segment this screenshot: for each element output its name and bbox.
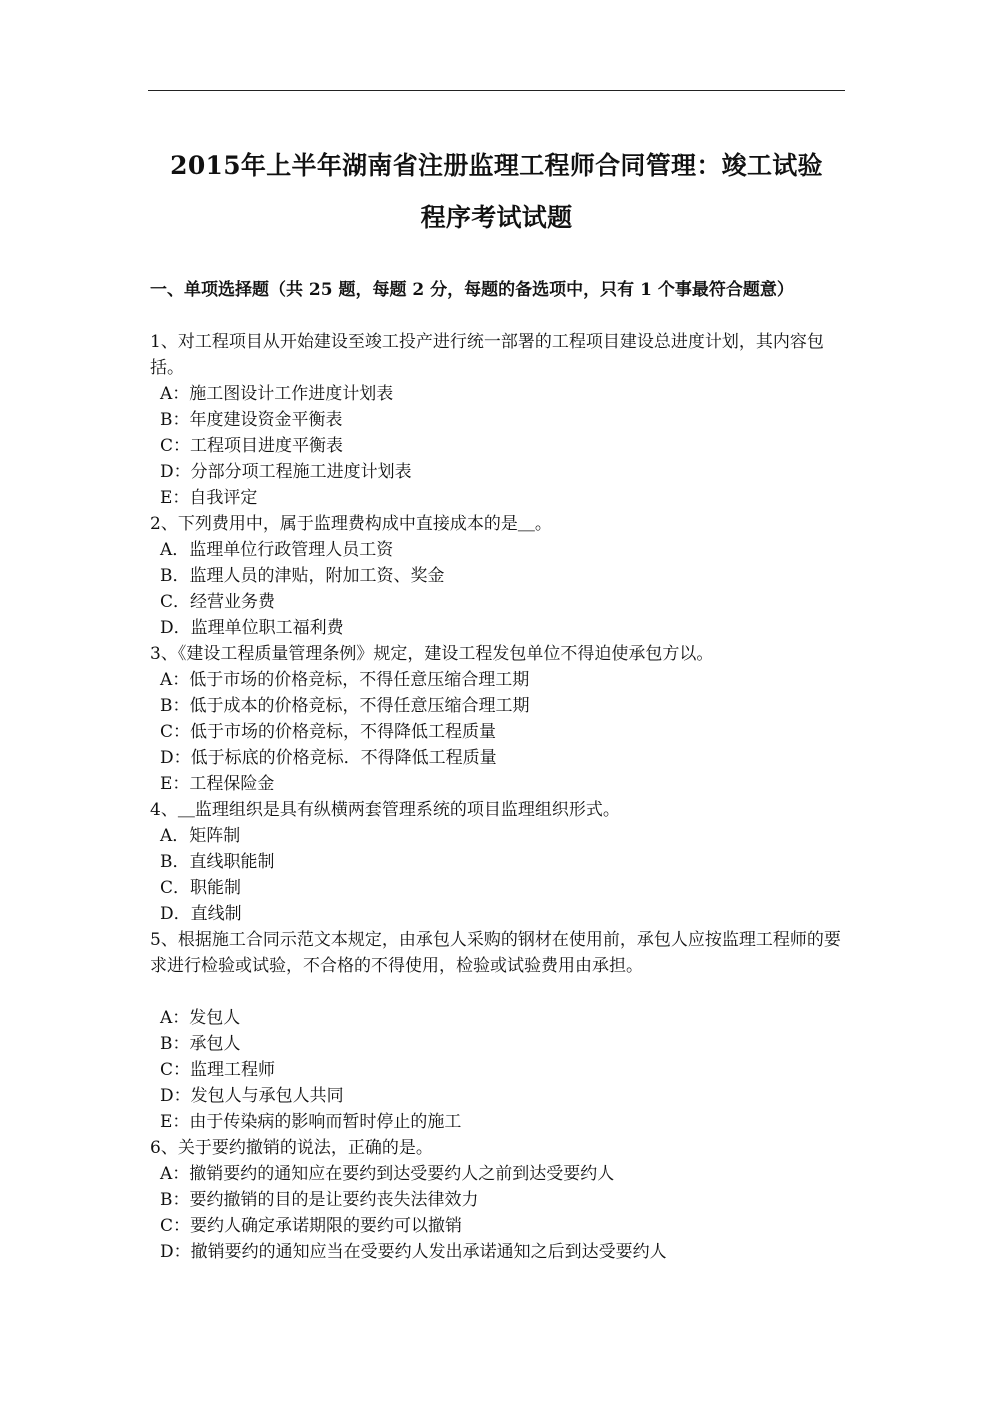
option-text: 直线职能制 [190, 852, 275, 872]
option-text: 直线制 [191, 904, 242, 924]
option-d: D：发包人与承包人共同 [150, 1083, 850, 1109]
option-letter: A： [160, 1005, 189, 1031]
option-b: B：承包人 [150, 1031, 850, 1057]
document-title-line1: 2015年上半年湖南省注册监理工程师合同管理：竣工试验 [148, 153, 845, 178]
option-letter: E： [160, 771, 189, 797]
option-letter: C： [160, 719, 190, 745]
option-b: B．直线职能制 [150, 849, 850, 875]
option-text: 低于市场的价格竞标，不得降低工程质量 [190, 722, 496, 742]
option-c: C：低于市场的价格竞标，不得降低工程质量 [150, 719, 850, 745]
document-title-line2: 程序考试试题 [148, 205, 845, 230]
option-text: 要约撤销的目的是让要约丧失法律效力 [190, 1190, 479, 1210]
option-letter: A： [160, 381, 189, 407]
option-d: D：撤销要约的通知应当在受要约人发出承诺通知之后到达受要约人 [150, 1239, 850, 1265]
option-text: 自我评定 [189, 488, 257, 508]
option-d: D：低于标底的价格竞标．不得降低工程质量 [150, 745, 850, 771]
option-text: 要约人确定承诺期限的要约可以撤销 [190, 1216, 462, 1236]
option-letter: D： [160, 745, 191, 771]
option-e: E：由于传染病的影响而暂时停止的施工 [150, 1109, 850, 1135]
option-letter: B： [160, 407, 190, 433]
option-d: D．监理单位职工福利费 [150, 615, 850, 641]
option-d: D．直线制 [150, 901, 850, 927]
option-a: A：施工图设计工作进度计划表 [150, 381, 850, 407]
option-letter: E： [160, 1109, 189, 1135]
question-stem: 1、对工程项目从开始建设至竣工投产进行统一部署的工程项目建设总进度计划，其内容包… [150, 329, 850, 381]
option-b: B．监理人员的津贴，附加工资、奖金 [150, 563, 850, 589]
section-heading: 一、单项选择题（共 25 题，每题 2 分，每题的备选项中，只有 1 个事最符合… [150, 277, 845, 303]
option-c: C：工程项目进度平衡表 [150, 433, 850, 459]
option-letter: E： [160, 485, 189, 511]
option-text: 职能制 [190, 878, 241, 898]
question-3: 3、《建设工程质量管理条例》规定，建设工程发包单位不得迫使承包方以。 A：低于市… [150, 641, 850, 797]
option-letter: C． [160, 589, 190, 615]
option-letter: D： [160, 1239, 191, 1265]
option-text: 工程保险金 [189, 774, 274, 794]
option-text: 撤销要约的通知应当在受要约人发出承诺通知之后到达受要约人 [191, 1242, 667, 1262]
option-c: C．职能制 [150, 875, 850, 901]
option-letter: C． [160, 875, 190, 901]
question-6: 6、关于要约撤销的说法，正确的是。 A：撤销要约的通知应在要约到达受要约人之前到… [150, 1135, 850, 1265]
option-a: A：发包人 [150, 1005, 850, 1031]
option-d: D：分部分项工程施工进度计划表 [150, 459, 850, 485]
option-text: 发包人与承包人共同 [191, 1086, 344, 1106]
option-text: 监理人员的津贴，附加工资、奖金 [190, 566, 445, 586]
option-letter: A． [160, 823, 189, 849]
option-text: 施工图设计工作进度计划表 [189, 384, 393, 404]
option-letter: C： [160, 433, 190, 459]
option-text: 年度建设资金平衡表 [190, 410, 343, 430]
option-text: 由于传染病的影响而暂时停止的施工 [189, 1112, 461, 1132]
question-stem: 2、下列费用中，属于监理费构成中直接成本的是＿。 [150, 511, 850, 537]
option-c: C：监理工程师 [150, 1057, 850, 1083]
question-list: 1、对工程项目从开始建设至竣工投产进行统一部署的工程项目建设总进度计划，其内容包… [150, 329, 850, 1265]
option-letter: C： [160, 1057, 190, 1083]
option-text: 监理工程师 [190, 1060, 275, 1080]
option-e: E：工程保险金 [150, 771, 850, 797]
option-text: 监理单位行政管理人员工资 [189, 540, 393, 560]
option-letter: A： [160, 667, 189, 693]
question-stem: 3、《建设工程质量管理条例》规定，建设工程发包单位不得迫使承包方以。 [150, 641, 850, 667]
header-rule [148, 90, 845, 91]
option-text: 低于成本的价格竞标，不得任意压缩合理工期 [190, 696, 530, 716]
option-letter: B： [160, 1187, 190, 1213]
option-text: 监理单位职工福利费 [191, 618, 344, 638]
option-text: 矩阵制 [189, 826, 240, 846]
option-letter: D： [160, 459, 191, 485]
option-letter: C： [160, 1213, 190, 1239]
option-a: A：低于市场的价格竞标，不得任意压缩合理工期 [150, 667, 850, 693]
option-letter: B： [160, 693, 190, 719]
question-stem: 4、＿监理组织是具有纵横两套管理系统的项目监理组织形式。 [150, 797, 850, 823]
option-text: 低于市场的价格竞标，不得任意压缩合理工期 [189, 670, 529, 690]
question-stem: 5、根据施工合同示范文本规定，由承包人采购的钢材在使用前，承包人应按监理工程师的… [150, 927, 850, 979]
option-a: A．矩阵制 [150, 823, 850, 849]
option-c: C．经营业务费 [150, 589, 850, 615]
question-5: 5、根据施工合同示范文本规定，由承包人采购的钢材在使用前，承包人应按监理工程师的… [150, 927, 850, 1135]
option-letter: B： [160, 1031, 190, 1057]
question-stem: 6、关于要约撤销的说法，正确的是。 [150, 1135, 850, 1161]
option-letter: A： [160, 1161, 189, 1187]
option-e: E：自我评定 [150, 485, 850, 511]
option-c: C：要约人确定承诺期限的要约可以撤销 [150, 1213, 850, 1239]
option-letter: B． [160, 849, 190, 875]
question-4: 4、＿监理组织是具有纵横两套管理系统的项目监理组织形式。 A．矩阵制 B．直线职… [150, 797, 850, 927]
option-text: 工程项目进度平衡表 [190, 436, 343, 456]
option-text: 发包人 [189, 1008, 240, 1028]
option-letter: B． [160, 563, 190, 589]
question-1: 1、对工程项目从开始建设至竣工投产进行统一部署的工程项目建设总进度计划，其内容包… [150, 329, 850, 511]
option-a: A．监理单位行政管理人员工资 [150, 537, 850, 563]
option-text: 承包人 [190, 1034, 241, 1054]
option-text: 分部分项工程施工进度计划表 [191, 462, 412, 482]
option-letter: D： [160, 1083, 191, 1109]
option-letter: D． [160, 901, 191, 927]
option-text: 撤销要约的通知应在要约到达受要约人之前到达受要约人 [189, 1164, 614, 1184]
blank-line [150, 979, 850, 1005]
option-letter: A． [160, 537, 189, 563]
option-a: A：撤销要约的通知应在要约到达受要约人之前到达受要约人 [150, 1161, 850, 1187]
option-b: B：年度建设资金平衡表 [150, 407, 850, 433]
option-text: 低于标底的价格竞标．不得降低工程质量 [191, 748, 497, 768]
option-letter: D． [160, 615, 191, 641]
option-text: 经营业务费 [190, 592, 275, 612]
option-b: B：低于成本的价格竞标，不得任意压缩合理工期 [150, 693, 850, 719]
question-2: 2、下列费用中，属于监理费构成中直接成本的是＿。 A．监理单位行政管理人员工资 … [150, 511, 850, 641]
option-b: B：要约撤销的目的是让要约丧失法律效力 [150, 1187, 850, 1213]
